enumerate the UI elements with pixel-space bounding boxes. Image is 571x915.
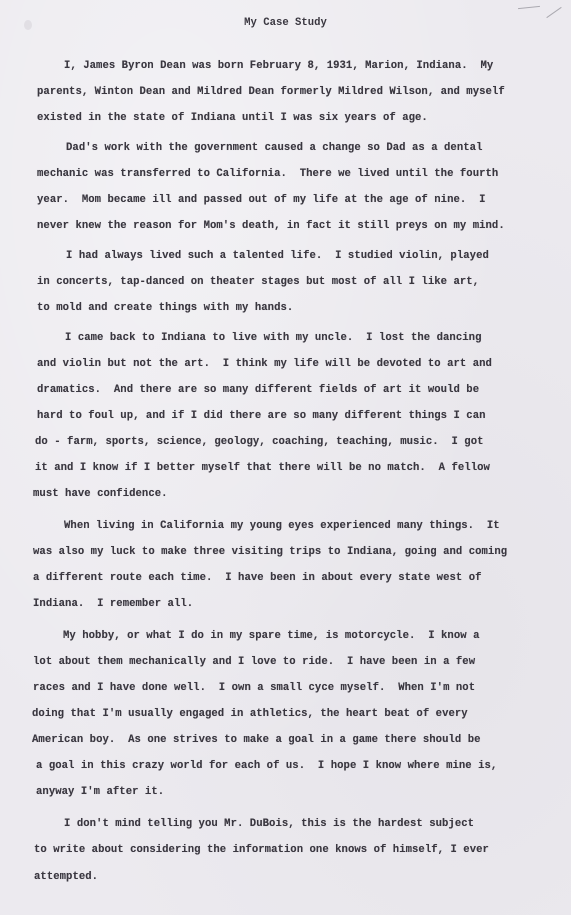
paragraph-line: existed in the state of Indiana until I … xyxy=(37,112,428,124)
paragraph-line: to write about considering the informati… xyxy=(34,844,489,856)
paragraph-line: Indiana. I remember all. xyxy=(33,598,193,610)
paragraph-line: races and I have done well. I own a smal… xyxy=(33,682,475,694)
paragraph-line: a different route each time. I have been… xyxy=(33,572,482,584)
paragraph-line: must have confidence. xyxy=(33,488,168,500)
paragraph-line: and violin but not the art. I think my l… xyxy=(37,358,492,370)
paper-mark xyxy=(518,6,540,9)
paragraph-first-line: I had always lived such a talented life.… xyxy=(66,250,489,262)
paragraph-line: parents, Winton Dean and Mildred Dean fo… xyxy=(37,86,505,98)
paragraph-line: American boy. As one strives to make a g… xyxy=(32,734,481,746)
document-page: My Case Study I, James Byron Dean was bo… xyxy=(0,0,571,915)
paragraph-line: never knew the reason for Mom's death, i… xyxy=(37,220,505,232)
paragraph-first-line: I don't mind telling you Mr. DuBois, thi… xyxy=(64,818,474,830)
paragraph-line: attempted. xyxy=(34,871,98,883)
paragraph-line: doing that I'm usually engaged in athlet… xyxy=(32,708,468,720)
paragraph-line: anyway I'm after it. xyxy=(36,786,164,798)
paragraph-line: dramatics. And there are so many differe… xyxy=(37,384,479,396)
paragraph-line: mechanic was transferred to California. … xyxy=(37,168,498,180)
paragraph-line: hard to foul up, and if I did there are … xyxy=(37,410,486,422)
paragraph-line: year. Mom became ill and passed out of m… xyxy=(37,194,486,206)
document-title: My Case Study xyxy=(0,17,571,29)
paragraph-first-line: When living in California my young eyes … xyxy=(64,520,500,532)
paragraph-line: lot about them mechanically and I love t… xyxy=(33,656,475,668)
paragraph-first-line: My hobby, or what I do in my spare time,… xyxy=(63,630,479,642)
paragraph-first-line: Dad's work with the government caused a … xyxy=(66,142,482,154)
paragraph-first-line: I, James Byron Dean was born February 8,… xyxy=(64,60,493,72)
paragraph-line: was also my luck to make three visiting … xyxy=(33,546,507,558)
paragraph-line: it and I know if I better myself that th… xyxy=(35,462,490,474)
paragraph-line: do - farm, sports, science, geology, coa… xyxy=(35,436,484,448)
paragraph-line: in concerts, tap-danced on theater stage… xyxy=(37,276,479,288)
paragraph-line: to mold and create things with my hands. xyxy=(37,302,293,314)
paragraph-first-line: I came back to Indiana to live with my u… xyxy=(65,332,481,344)
paragraph-line: a goal in this crazy world for each of u… xyxy=(36,760,497,772)
